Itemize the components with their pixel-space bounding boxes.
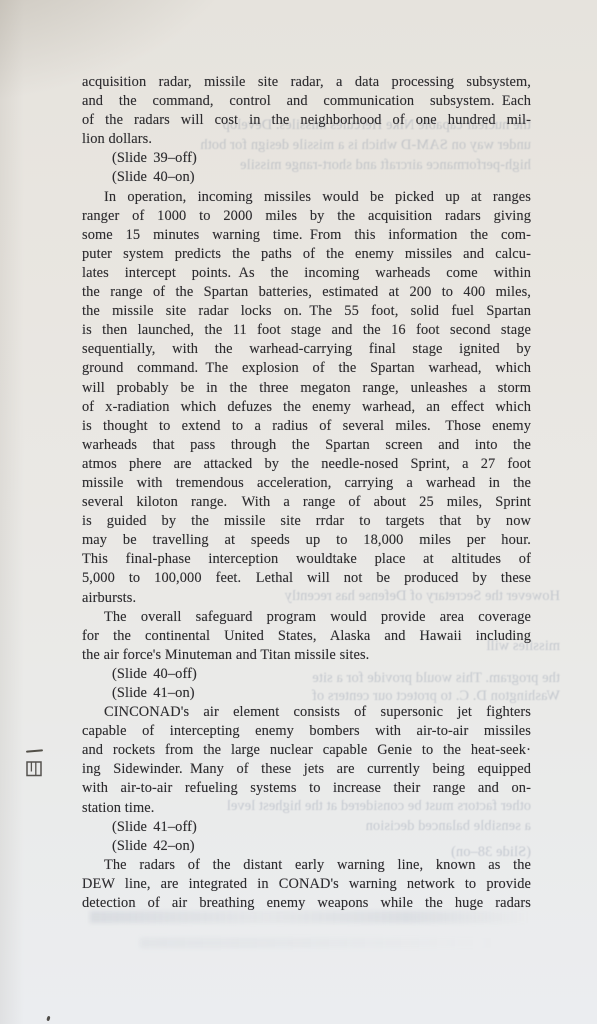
text-line: and rockets from the large nuclear capab… [82, 741, 531, 760]
scan-smudge [140, 938, 500, 948]
text-line: several kiloton range. With a range of a… [82, 493, 531, 512]
text-line: is guided by the missile site rrdar to t… [82, 512, 531, 531]
text-line: ground command. The explosion of the Spa… [82, 359, 531, 378]
text-line: the missile site radar locks on. The 55 … [82, 302, 531, 321]
text-line: (Slide 41–off) [82, 818, 531, 837]
text-line: missile with tremendous acceleration, ca… [82, 474, 531, 493]
text-line: airbursts. [82, 589, 531, 608]
ink-speck [46, 1016, 50, 1021]
text-line: is then launched, the 11 foot stage and … [82, 321, 531, 340]
text-line: (Slide 41–on) [82, 684, 531, 703]
text-line: for the continental United States, Alask… [82, 627, 531, 646]
text-line: and the command, control and communicati… [82, 92, 531, 111]
text-line: (Slide 40–on) [82, 168, 531, 187]
text-line: atmos phere are attacked by the needle-n… [82, 455, 531, 474]
text-line: is thought to extend to a radius of seve… [82, 417, 531, 436]
text-line: warheads that pass through the Spartan s… [82, 436, 531, 455]
text-line: the air force's Minuteman and Titan miss… [82, 646, 531, 665]
text-line: puter system predicts the paths of the e… [82, 245, 531, 264]
text-line: capable of intercepting enemy bombers wi… [82, 722, 531, 741]
text-line: This final-phase interception wouldtake … [82, 550, 531, 569]
scanned-document-page: the nuclear capable Nike Hercules missil… [0, 0, 597, 1024]
text-line: lion dollars. [82, 130, 531, 149]
text-line: of the radars will cost in the neighborh… [82, 111, 531, 130]
text-line: CINCONAD's air element consists of super… [82, 703, 531, 722]
text-line: (Slide 39–off) [82, 149, 531, 168]
text-line: will probably be in the three megaton ra… [82, 379, 531, 398]
text-line: the range of the Spartan batteries, esti… [82, 283, 531, 302]
text-line: The radars of the distant early warning … [82, 856, 531, 875]
text-line: ranger of 1000 to 2000 miles by the acqu… [82, 207, 531, 226]
text-line: lates intercept points. As the incoming … [82, 264, 531, 283]
text-line: The overall safeguard program would prov… [82, 608, 531, 627]
text-line: sequentially, with the warhead-carrying … [82, 340, 531, 359]
text-line: DEW line, are integrated in CONAD's warn… [82, 875, 531, 894]
text-line: (Slide 40–off) [82, 665, 531, 684]
text-line: detection of air breathing enemy weapons… [82, 894, 531, 913]
kanji-four-glyph [25, 759, 43, 778]
text-line: with air-to-air refueling systems to inc… [82, 779, 531, 798]
text-line: In operation, incoming missiles would be… [82, 188, 531, 207]
text-line: ing Sidewinder. Many of these jets are c… [82, 760, 531, 779]
page-number-vertical [25, 748, 47, 778]
text-line: of x-radiation which defuzes the enemy w… [82, 398, 531, 417]
text-line: acquisition radar, missile site radar, a… [82, 73, 531, 92]
text-line: 5,000 to 100,000 feet. Lethal will not b… [82, 569, 531, 588]
text-line: some 15 minutes warning time. From this … [82, 226, 531, 245]
kanji-one-glyph [26, 749, 43, 753]
text-line: (Slide 42–on) [82, 837, 531, 856]
text-line: may be travelling at speeds up to 18,000… [82, 531, 531, 550]
body-text: acquisition radar, missile site radar, a… [82, 73, 531, 913]
text-line: station time. [82, 799, 531, 818]
